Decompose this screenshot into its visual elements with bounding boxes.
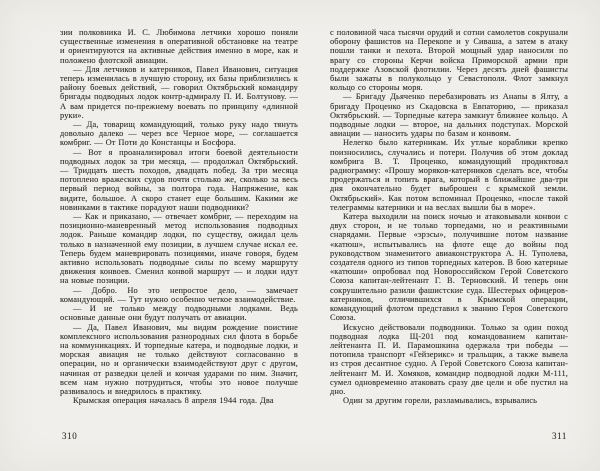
paragraph: Нелегко было катерникам. Их утлые корабл… <box>330 138 568 212</box>
paragraph: Один за другим горели, разламывались, вз… <box>330 396 568 405</box>
paragraph: зии полковника И. С. Любимова летчики хо… <box>60 28 298 65</box>
paragraph: — Вот я проанализировал итоги боевой дея… <box>60 148 298 212</box>
paragraph: — Добро. Но это непростое дело, — замеча… <box>60 286 298 304</box>
paragraph: Катера выходили на поиск ночью и атаковы… <box>330 212 568 322</box>
paragraph: с половиной часа тысячи орудий и сотни с… <box>330 28 568 92</box>
paragraph: — Как и приказано, — отвечает комбриг, —… <box>60 212 298 286</box>
page-number-right: 311 <box>552 431 567 441</box>
page-left: зии полковника И. С. Любимова летчики хо… <box>0 0 300 471</box>
paragraph: — Бригаду Дьяченко перебазировать из Ана… <box>330 92 568 138</box>
page-left-text: зии полковника И. С. Любимова летчики хо… <box>60 28 298 405</box>
paragraph: Искусно действовали подводники. Только з… <box>330 323 568 397</box>
book-scan: зии полковника И. С. Любимова летчики хо… <box>0 0 600 471</box>
paragraph: — Для летчиков и катерников, Павел Ивано… <box>60 65 298 120</box>
paragraph: — Да, товарищ командующий, только руку н… <box>60 120 298 148</box>
paragraph: Крымская операция началась 8 апреля 1944… <box>60 396 298 405</box>
page-right: с половиной часа тысячи орудий и сотни с… <box>300 0 600 471</box>
paragraph: — Да, Павел Иванович, мы видим рождение … <box>60 323 298 397</box>
paragraph: — И не только между подводными лодками. … <box>60 304 298 322</box>
page-number-left: 310 <box>62 431 77 441</box>
page-right-text: с половиной часа тысячи орудий и сотни с… <box>330 28 568 405</box>
